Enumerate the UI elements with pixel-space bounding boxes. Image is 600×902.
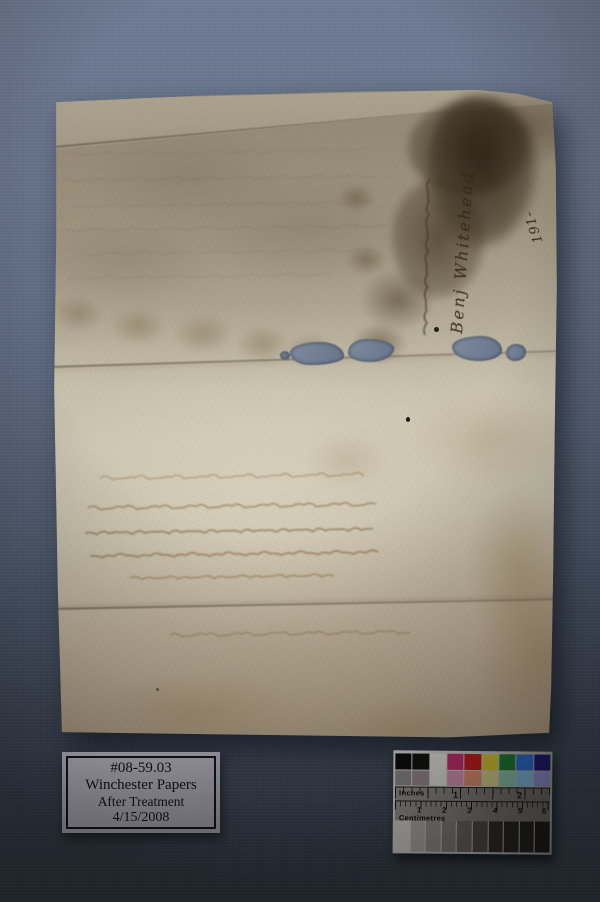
- color-swatch: [430, 754, 447, 786]
- ruler-number: 1: [453, 790, 458, 800]
- ruler-number: 2: [517, 790, 522, 800]
- color-swatch: [516, 771, 532, 786]
- grayscale-step: [457, 821, 472, 852]
- label-accession-number: #08-59.03: [110, 760, 171, 777]
- ruler: Inches 12 123456 Centimetres: [395, 786, 550, 821]
- grayscale-step: [410, 820, 425, 851]
- bleedthrough-script-line: [76, 249, 376, 255]
- document-paper-wrap: Benj Whitehead 191-: [48, 88, 563, 738]
- color-swatch: [499, 771, 515, 786]
- grayscale-step: [426, 821, 441, 852]
- bleedthrough-script-line: [62, 175, 374, 182]
- bleedthrough-script-line: [68, 149, 368, 156]
- conservation-photo: { "scene": { "background_top": "#6e7b93"…: [0, 0, 600, 902]
- bleedthrough-script-line: [422, 179, 432, 335]
- label-date: 4/15/2008: [113, 810, 170, 826]
- ruler-inches: Inches 12: [395, 786, 550, 802]
- grayscale-step: [441, 821, 456, 852]
- grayscale-step: [535, 822, 550, 853]
- centimetres-label-row: Centimetres: [395, 813, 550, 822]
- label-card: #08-59.03 Winchester Papers After Treatm…: [62, 752, 220, 833]
- color-swatch: [413, 753, 429, 769]
- bleedthrough-script-line: [90, 550, 378, 557]
- bleedthrough-script-line: [74, 201, 374, 208]
- color-swatch: [499, 754, 515, 770]
- bleedthrough-script-line: [68, 273, 332, 279]
- bleedthrough-script-line: [64, 225, 388, 232]
- bleedthrough-script-line: [88, 503, 376, 510]
- bleedthrough-script-line: [170, 631, 410, 637]
- ink-bleedthrough-svg: [48, 88, 563, 738]
- color-swatch: [517, 754, 533, 770]
- color-swatch-grid: [393, 750, 552, 786]
- label-card-border: #08-59.03 Winchester Papers After Treatm…: [66, 756, 216, 829]
- grayscale-step: [395, 820, 410, 851]
- color-swatch: [395, 770, 411, 785]
- centimetres-label: Centimetres: [399, 813, 446, 822]
- ink-speck: [434, 327, 439, 332]
- grayscale-step: [473, 821, 488, 852]
- color-swatch: [534, 772, 550, 787]
- grayscale-step: [504, 821, 519, 852]
- color-swatch: [465, 754, 481, 770]
- grayscale-step: [519, 821, 534, 852]
- label-treatment-stage: After Treatment: [98, 794, 185, 810]
- bleedthrough-script-line: [130, 574, 334, 579]
- color-swatch: [412, 770, 428, 785]
- color-swatch: [534, 755, 550, 771]
- grayscale-step: [488, 821, 503, 852]
- bleedthrough-script-line: [100, 473, 364, 480]
- color-swatch: [447, 771, 463, 786]
- color-swatch: [482, 771, 498, 786]
- bleedthrough-script-line: [85, 528, 373, 535]
- ink-speck: [406, 417, 410, 422]
- inches-label: Inches: [399, 788, 425, 797]
- color-swatch: [482, 754, 498, 770]
- document-paper: Benj Whitehead 191-: [48, 88, 563, 738]
- ink-speck: [156, 688, 159, 691]
- color-target-card: Inches 12 123456 Centimetres: [393, 750, 553, 854]
- label-collection-name: Winchester Papers: [85, 777, 196, 794]
- grayscale-strip: [395, 820, 550, 852]
- color-swatch: [447, 754, 463, 770]
- color-swatch: [464, 771, 480, 786]
- color-swatch: [395, 753, 411, 769]
